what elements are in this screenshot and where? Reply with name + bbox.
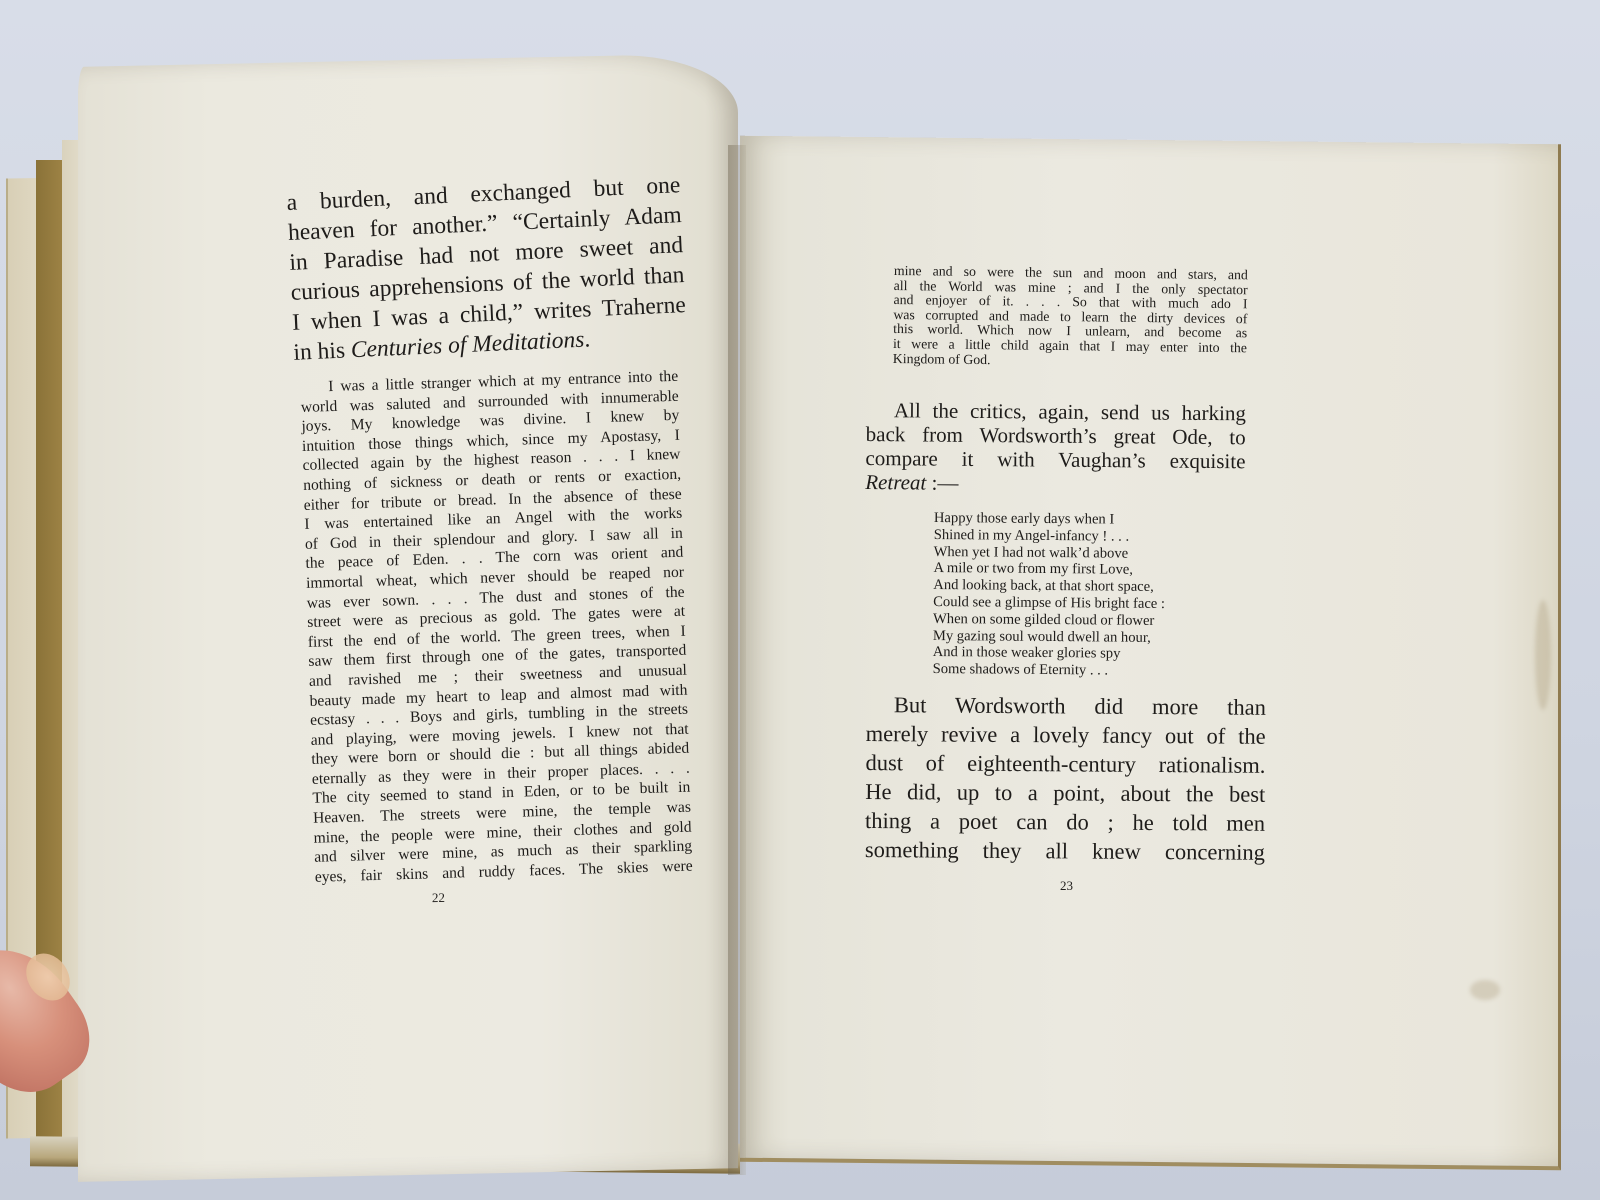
text-fragment: in his xyxy=(293,337,352,366)
wordsworth-paragraph: But Wordsworth did more than merely revi… xyxy=(865,690,1266,867)
left-page-intro-paragraph: a burden, and exchanged but one heaven f… xyxy=(286,170,688,368)
text-line: He did, up to a point, about the best xyxy=(865,777,1265,809)
text-line: back from Wordsworth’s great Ode, to xyxy=(866,422,1246,449)
vaughan-poem-quote: Happy those early days when I Shined in … xyxy=(933,510,1254,681)
text-line: All the critics, again, send us harking xyxy=(866,398,1246,425)
text-line: something they all knew concerning xyxy=(865,835,1265,867)
page-stain xyxy=(1470,980,1500,1000)
page-stain xyxy=(1535,600,1551,710)
traherne-block-quote: I was a little stranger which at my entr… xyxy=(300,367,693,887)
text-line: merely revive a lovely fancy out of the xyxy=(866,719,1266,751)
text-line: thing a poet can do ; he told men xyxy=(865,806,1265,838)
text-line: But Wordsworth did more than xyxy=(866,690,1266,722)
text-fragment: . xyxy=(584,326,591,352)
traherne-quote-continued: mine and so were the sun and moon and st… xyxy=(893,264,1248,370)
book-gutter xyxy=(728,145,746,1175)
poem-line: Some shadows of Eternity . . . xyxy=(933,661,1253,681)
text-line: compare it with Vaughan’s exquisite xyxy=(865,446,1245,473)
text-line: Retreat :— xyxy=(865,470,1245,497)
page-number-left: 22 xyxy=(432,890,445,906)
critics-paragraph: All the critics, again, send us harking … xyxy=(865,398,1246,497)
text-line: dust of eighteenth-century rationalism. xyxy=(865,748,1265,780)
poem-title-italic: Retreat xyxy=(865,470,926,495)
page-number-right: 23 xyxy=(1060,878,1073,894)
text-fragment: :— xyxy=(926,471,958,495)
